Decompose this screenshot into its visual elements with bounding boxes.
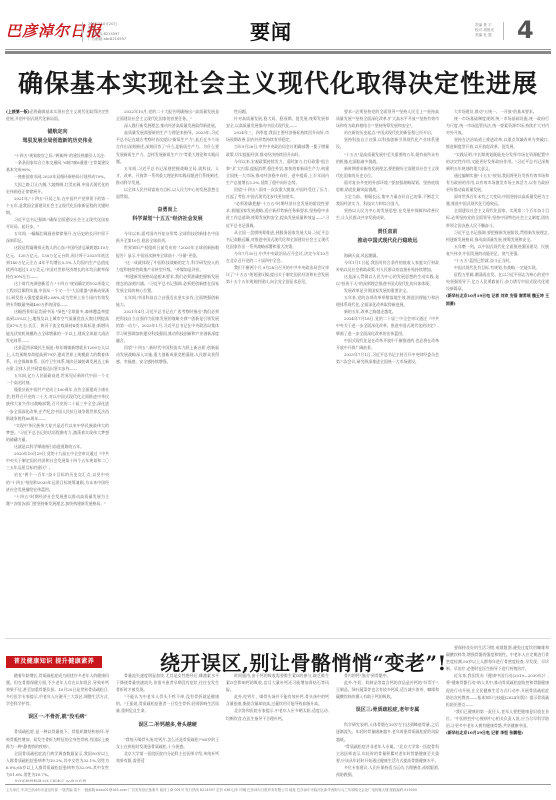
paragraph: 性问题。 — [226, 108, 329, 115]
paragraph: "实践证明,中长期规划既能充分发挥市场在资源配置中的决定性作用,又能更好发挥政府… — [446, 151, 549, 172]
paragraph: 以全体人民共同富裕为目标,以人民为中心的发展思想全面贯彻。 — [116, 186, 219, 200]
paragraph: (上接第一版)必将确保基本实现社会主义现代化取得决定性进展,开创中国式现代化新局… — [6, 108, 109, 122]
paragraph: "不能认为中老年人骨头不疼不痒,没有骨折就是健康的。"王振说,骨质疏松症患者一旦… — [116, 693, 219, 714]
section-subheading: 奋勇而上科学谋划"十五五"经济社会发展 — [116, 206, 219, 224]
continued-from-tag: (上接第一版) — [6, 109, 30, 114]
article-column-3: 性问题。针对高质量发展,稳大局、稳预期、促发展,统筹发展和安全,以高质量发展推动… — [226, 108, 329, 638]
paragraph: 五年来,党的各项改革举措落地生效,推进治理能力和治理体系现代化,全面深化改革取得… — [336, 294, 439, 308]
paragraph: "骨质疏松症并非老年人专属。"北京大学第一医院骨科主治医师表示,年轻时的骨量积累… — [336, 743, 439, 764]
paragraph: "我每天喝骨头汤,吃钙片,怎么还是骨质疏松?"60岁的王女士在体检时发现患骨质疏… — [116, 736, 219, 750]
paragraph: 立足当前、着眼长远,集中力量办好自己的事,不断壮大我国经济实力、科技实力和综合国… — [336, 193, 439, 207]
paragraph: 站在"两个一百年"奋斗目标的历史交汇点,以党中央的"十四五"规划和2035年远景… — [6, 471, 109, 492]
paragraph: "十五五"是高质量发展中至关重要的五年,既有前所未有的机遇,也面临诸多挑战。 — [336, 151, 439, 165]
article-column-1: (上接第一版)必将确保基本实现社会主义现代化取得决定性进展,开创中国式现代化新局… — [6, 108, 109, 638]
health-column-4: 骨内的钙"溶出"到骨骼中。此外,牛奶、奶制品等富含钙的食品是补钙的"好帮手",豆… — [336, 672, 439, 782]
paragraph: "十五五"蓝图已绘就,奋斗正当时。 — [446, 257, 549, 264]
paragraph: 北京大学第一医院医院内分泌科主任医师介绍,单纯补钙效果有限,需要适 — [116, 750, 219, 764]
paragraph: 新的五年,改革之路越走越宽。 — [336, 308, 439, 315]
paragraph: 通过编制实施"十五五"规划,我国将更好发挥有效市场和有为政府的作用,以有效市场激… — [446, 172, 549, 193]
paragraph: 2024年7月18日,党的二十届三中全会审议通过《中共中央关于进一步全面深化改革… — [336, 315, 439, 336]
masthead-rule-thick — [5, 51, 551, 54]
paragraph: 大国之路,江山为舰,大地锦绣,壮美宏阔,中国式现代化的宏伟画卷正徐徐展开。 — [6, 181, 109, 195]
article-column-2: 2022年10月,党的二十大报告明确指出:"高质量发展是全面建设社会主义现代化国… — [116, 108, 219, 638]
main-headline: 确保基本实现社会主义现代化取得决定性进展 — [0, 64, 556, 100]
paragraph: 此外,牛奶、奶制品等富含钙的食品是补钙的"好帮手",豆制品、绿叶蔬菜等也含有较多… — [336, 679, 439, 700]
paragraph: 五年间,习近平总书记深刻把握战略全局,就科技、人才、改革、开放等一系列重大理论和… — [116, 165, 219, 186]
paragraph: 坚持以人民为中心的发展思想,在发展中保障和改善民生,让人民群众共享发展成果。 — [336, 207, 439, 221]
page-number: 4 — [517, 16, 534, 44]
paragraph: 回望"十四五",新时代中国科技实力跃上新台阶,创新驱动发展战略深入实施,重大创新… — [116, 344, 219, 365]
ad-email: 广告邮箱:abc8214597 — [88, 37, 126, 42]
paragraph: 时间服用,由于钙的吸收需要维生素D的参与,缺乏维生素D会影响钙的吸收,盲目大量补… — [226, 672, 329, 693]
paragraph: 科学研究表明,人体骨骼在30岁左右达到峰值骨量,之后逐渐流失。年轻时骨量储备越多… — [336, 721, 439, 742]
footer-rule — [5, 784, 551, 785]
masthead: 巴彦淖尔日报 2025年10月20日 星期一 广告热线:8214597 广告邮箱… — [0, 0, 556, 50]
paragraph: 今年7月30日,中共中央政治局召开会议,决定今年10月在北京召开党的二十届四中全… — [226, 250, 329, 264]
editors-list: 责编 焦 宇 校对 胡晨光 美编 杜 霞 — [475, 23, 494, 38]
paragraph: 今年以来,宏观政策持续发力、适时加力,打好政策"组合拳",扩大内需,提振消费,稳… — [226, 158, 329, 186]
paragraph: 今年以来,面对国内外复杂形势,全球科技创新排名中国跃升至第10位,稳居全球前列。 — [116, 230, 219, 244]
paragraph: 要保持良好的生活习惯,戒烟限酒,避免过度饮用咖啡和碳酸饮料等,增强骨骼的强度和韧… — [446, 644, 549, 672]
paragraph: 习近平总书记强调,要把握新发展阶段,贯彻新发展理念,构建新发展格局,推动高质量发… — [446, 229, 549, 243]
paragraph: 深入践行新发展理念,推动经济高质量发展取得新进展。 — [116, 122, 219, 129]
paragraph: 北京协和医院专家提示,中老年人应多晒太阳,适度运动,均衡饮食,在医生指导下合理补… — [226, 707, 329, 721]
paragraph: "必须准确把握"十五五"时期经济社会发展的阶段性要求,着眼国家发展战略,适应新形… — [226, 200, 329, 228]
paragraph: 五年磨一剑。以中国式现代化全面推进强国建设、民族复兴伟业,中国发展的动能更足、底… — [446, 243, 549, 257]
paragraph: 隆重庆祝中国共产党成立100周年,宣告全面建成小康社会;胜利召开党的二十大,对以… — [6, 386, 109, 421]
paragraph: 当年9月26日,中共中央政治局会议明确部署一揽子增量政策,切实提振经济,推动经济… — [226, 143, 329, 157]
article-column-5: 大市场建设,推动"五统一、一开放"的基本要求。统一市场基础制度规则,统一市场基础… — [446, 108, 549, 638]
masthead-rule-thin — [5, 49, 551, 50]
paragraph: 要求:"必须坚持党的全面领导""坚持人民至上""坚持高质量发展""坚持全面深化改… — [336, 108, 439, 129]
paragraph: 骨质疏松症,是一种以骨量低下、骨组织微结构损坏,导致骨脆性增加、易发生骨折为特征… — [6, 728, 109, 749]
health-column-3: 时间服用,由于钙的吸收需要维生素D的参与,缺乏维生素D会影响钙的吸收,盲目大量补… — [226, 672, 329, 782]
paragraph: 高质量发展需要新的生产力理论来指导。2023年,习近平总书记在地方考察时首次提出… — [116, 129, 219, 164]
paragraph: 北京医院骨科副主任王振表示,50岁以后骨 — [6, 778, 109, 782]
section-subheading: 误区二:补钙越多,骨头越硬 — [116, 721, 219, 730]
paragraph: 面对世界百年未有之大变局,中国坚持以高质量发展为主题,推进中国式现代化行稳致远。 — [446, 193, 549, 207]
paragraph: 一座座国家水网,2025年双循环新格局计划形成70%。 — [6, 173, 109, 180]
imprint-footer: 主办单位 中共巴彦淖尔市委宣传部 一版责编 索千 一版邮箱 bxdo01@163… — [6, 788, 552, 793]
paragraph: 这张蓝图承载民生福祉:每年城镇新增就业1200万人以上,人均预期寿命提高到79岁… — [6, 344, 109, 372]
main-article: (上接第一版)必将确保基本实现社会主义现代化取得决定性进展,开创中国式现代化新局… — [6, 108, 552, 638]
paragraph: "实现中华民族伟大复兴是近代以来中华民族最伟大的梦想。"习近平总书记的话语铿锵有… — [6, 422, 109, 443]
paragraph: 五年间,亿万人民砥砺奋进,世界见证新时代中国一个又一个高光时刻。 — [6, 372, 109, 386]
paragraph: 海阔天高,风起潮涌。 — [336, 252, 439, 259]
editor-line: 美编 杜 霞 — [475, 33, 494, 38]
section-subheading: 误区三:骨质疏松症,老年专属 — [336, 706, 439, 715]
paragraph: 骨内的钙"溶出"到骨骼中。 — [336, 672, 439, 679]
masthead-divider — [82, 22, 83, 42]
paragraph: 这段征程凝聚着无数人的心血:中国经济总量跨越110万亿元、120万亿元、130万… — [6, 244, 109, 279]
paragraph: 骨量流失速度明显加快,尤其是女性绝经后,雌激素水平下降使骨量快速流失,但很多患者… — [116, 672, 219, 693]
masthead-meta: 2025年10月20日 星期一 广告热线:8214597 广告邮箱:abc821… — [88, 22, 126, 42]
section-subheading: 锚航定向驾驭发展全局创造新的历史伟业 — [6, 128, 109, 146]
byline: (新华社北京10月19日电 记者 李恒 张鹏程) — [446, 729, 549, 736]
paragraph: "构建新发展格局是根本要求,我们必须准确把握新发展理念的深刻内涵。"习近平总书记… — [116, 273, 219, 294]
paragraph: 2021年4月,习近平总书记在广西考察时指出"我们必须把科技自立自强作为国家发展… — [116, 308, 219, 343]
article-column-4: 要求:"必须坚持党的全面领导""坚持人民至上""坚持高质量发展""坚持全面深化改… — [336, 108, 439, 638]
byline: (新华社北京10月19日电 记者 刘欢 安蓓 谢希瑶 魏玉坤 王雨萧) — [446, 292, 549, 306]
paragraph: 这个时代充满创新活力:"十四五"规划确定的102项重大工程项目顺利实施,中国从一… — [6, 280, 109, 308]
paragraph: "十四五"规划收官之际,"两新两"的建设热潮引人关注: — [6, 152, 109, 159]
paragraph: 这是深入贯彻以人民为中心的发展思想的生动实践,是以"投资于人"的深刻理念推进中国… — [336, 273, 439, 287]
paragraph: 针对高质量发展,稳大局、稳预期、促发展,统筹发展和安全,以高质量发展推动中国式现… — [226, 115, 329, 129]
health-column-1: 随着年龄增长,骨质疏松症成为困扰许多老年人的健康问题。但在骨骼保健方面,不少老年… — [6, 672, 109, 782]
paragraph: "这一成就体现了中国科技战略的定力,科学研发投入的力度和持续性助推产业转型升级。… — [116, 259, 219, 273]
paragraph: 随着年龄增长,骨质疏松症成为困扰许多老年人的健康问题。但在骨骼保健方面,不少老年… — [6, 672, 109, 707]
paragraph: 这幅图景彰显美丽中国:"绿色"全球最多,森林覆盖率提高到25%以上;地级及以上城… — [6, 308, 109, 343]
health-column-2: 骨量流失速度明显加快,尤其是女性绝经后,雌激素水平下降使骨量快速流失,但很多患者… — [116, 672, 219, 782]
paragraph: 一条条国家综合立体交通网,"6轴7廊8通道"主骨架建设基本完成90%; — [6, 159, 109, 173]
paragraph: 此外,吃钙片、喝骨头汤并不能有效补钙,骨头汤中的钙含量很低,脂肪含量却较高,过量… — [226, 693, 329, 707]
paragraph: 多位专家建议,人们应保持适当运动,合理膳食,戒烟限酒,预防跌倒。 — [336, 764, 439, 778]
paragraph: "十四五"时期经济社会发展要以推动高质量发展为主题""各级各部门要坚持新发展理念… — [6, 493, 109, 507]
paragraph: 这就是以科学擘画指引前进道路的五年。 — [6, 443, 109, 450]
health-column-5: 要保持良好的生活习惯,戒烟限酒,避免过度饮用咖啡和碳酸饮料等,增强骨骼的强度和韧… — [446, 644, 549, 782]
paragraph: "我们已健康的第一责任人,老年人要把健康意识放在首位。"中国疾控中心慢病中心相关… — [446, 708, 549, 729]
section-title: 要闻 — [250, 16, 292, 45]
paragraph: 今年1月1日起,我国对符合条件的低收入家庭实行财政补贴以及社会救助政策,对人民群… — [336, 259, 439, 273]
paragraph: 坚持科技自立自强,以科技创新引领现代化产业体系建设。 — [336, 136, 439, 150]
paragraph: 习近平总书记强调:"确保全面建设社会主义现代化国家开好局、起好步。" — [6, 216, 109, 230]
health-article: 随着年龄增长,骨质疏松症成为困扰许多老年人的健康问题。但在骨骼保健方面,不少老年… — [6, 672, 552, 782]
paragraph: 世界知识产权组织日前发布的《2025年全球创新指数报告》显示,中国首次跻身全球前… — [116, 244, 219, 258]
paragraph: 2020年10月29日,党的十九届五中全会审议通过《中共中央关于制定国民经济和社… — [6, 450, 109, 471]
paragraph: 2021年,"十四五"开局之年,在中国共产党带领下的第一个五年,是我国全面建设社… — [6, 195, 109, 216]
article-separator — [5, 638, 551, 639]
paragraph: 近年来,我国发布《健康中国行动(2019—2030年)》,将"健康骨骼行动"纳入… — [446, 672, 549, 707]
section-subheading: 误区一:不骨折,就"没毛病" — [6, 713, 109, 722]
paragraph: 大市场建设,推动"五统一、一开放"的基本要求。 — [446, 108, 549, 115]
section-subheading: 责任直前推动中国式现代化行稳致远 — [336, 228, 439, 246]
paragraph: 中国式现代化有目标,有规划,有战略,一定能实现。 — [446, 264, 549, 271]
paragraph: 发展改革是引领国家发展的重要法宝。 — [336, 287, 439, 294]
paragraph: 2022年10月,党的二十大报告明确指出:"高质量发展是全面建设社会主义现代化国… — [116, 108, 219, 122]
paragraph: 坚持在法治轨道上推进改革,以重点领域改革为突破口,推进制度型开放,以开放促改革、… — [446, 136, 549, 150]
paragraph: 2025年7月1日,习近平总书记主持召开中央财经委员会第六次会议,研究纵深推进全… — [336, 351, 439, 365]
paragraph: 全国骨质疏松症流行病学调查数据显示,我国50岁以上人群骨质疏松症患病率为19.2… — [6, 750, 109, 778]
paragraph: 面对复杂多变的外部环境,"要加强战略谋划、坚持底线思维,防范化解风险挑战。" — [336, 179, 439, 193]
paragraph: 五年间,中国科技自立自强迈出坚实步伐,全面增强创新能力。 — [116, 294, 219, 308]
paragraph: 统一市场基础制度规则,统一市场基础设施,统一政府行为尺度,统一市场监管执法,统一… — [446, 115, 549, 136]
paragraph: 回望"十四五",面对一次次重大挑战,中国经受住了压力,扛起了考验,中国式现代化步… — [226, 186, 329, 200]
paragraph: 中国式现代化是在改革开放中不断推进的,也必将在改革开放中开辟广阔前景。 — [336, 337, 439, 351]
paragraph: 全面建设社会主义现代化国家、实现第二个百年奋斗目标,必须坚持党的全面领导,坚持中… — [446, 207, 549, 228]
health-tag-banner: 普及健康知识 提升健康素养 — [6, 656, 102, 668]
paragraph: 我们不断两个月,9月28日召开的中共中央政治局会议审议了"十五五"规划建议稿,提… — [226, 264, 329, 285]
paragraph: 从全国一盘棋统筹推进,到服务国家发展大局,习近平总书记高瞻远瞩,对推进中国式现代… — [226, 229, 329, 250]
paragraph: 新时期要求新的发展理念,要把握好全面建设社会主义现代化国家的历史方位。 — [336, 165, 439, 179]
paragraph: 征程万里阔,潮涌再出发。在以习近平同志为核心的党中央坚强领导下,亿万人民勇毅前行… — [446, 271, 549, 292]
editors-divider — [503, 22, 504, 40]
paragraph: 五年间,一幅幅壮阔画卷徐徐展开,在历史的长河中留下深刻印记。 — [6, 230, 109, 244]
paragraph: 站在新的历史起点,中国式现代化的新征程已经开启。 — [336, 129, 439, 136]
paragraph: 2024年三、四季度,我国主要经济指标持续回升向好,市场预期改善,国内外形势持续… — [226, 129, 329, 143]
